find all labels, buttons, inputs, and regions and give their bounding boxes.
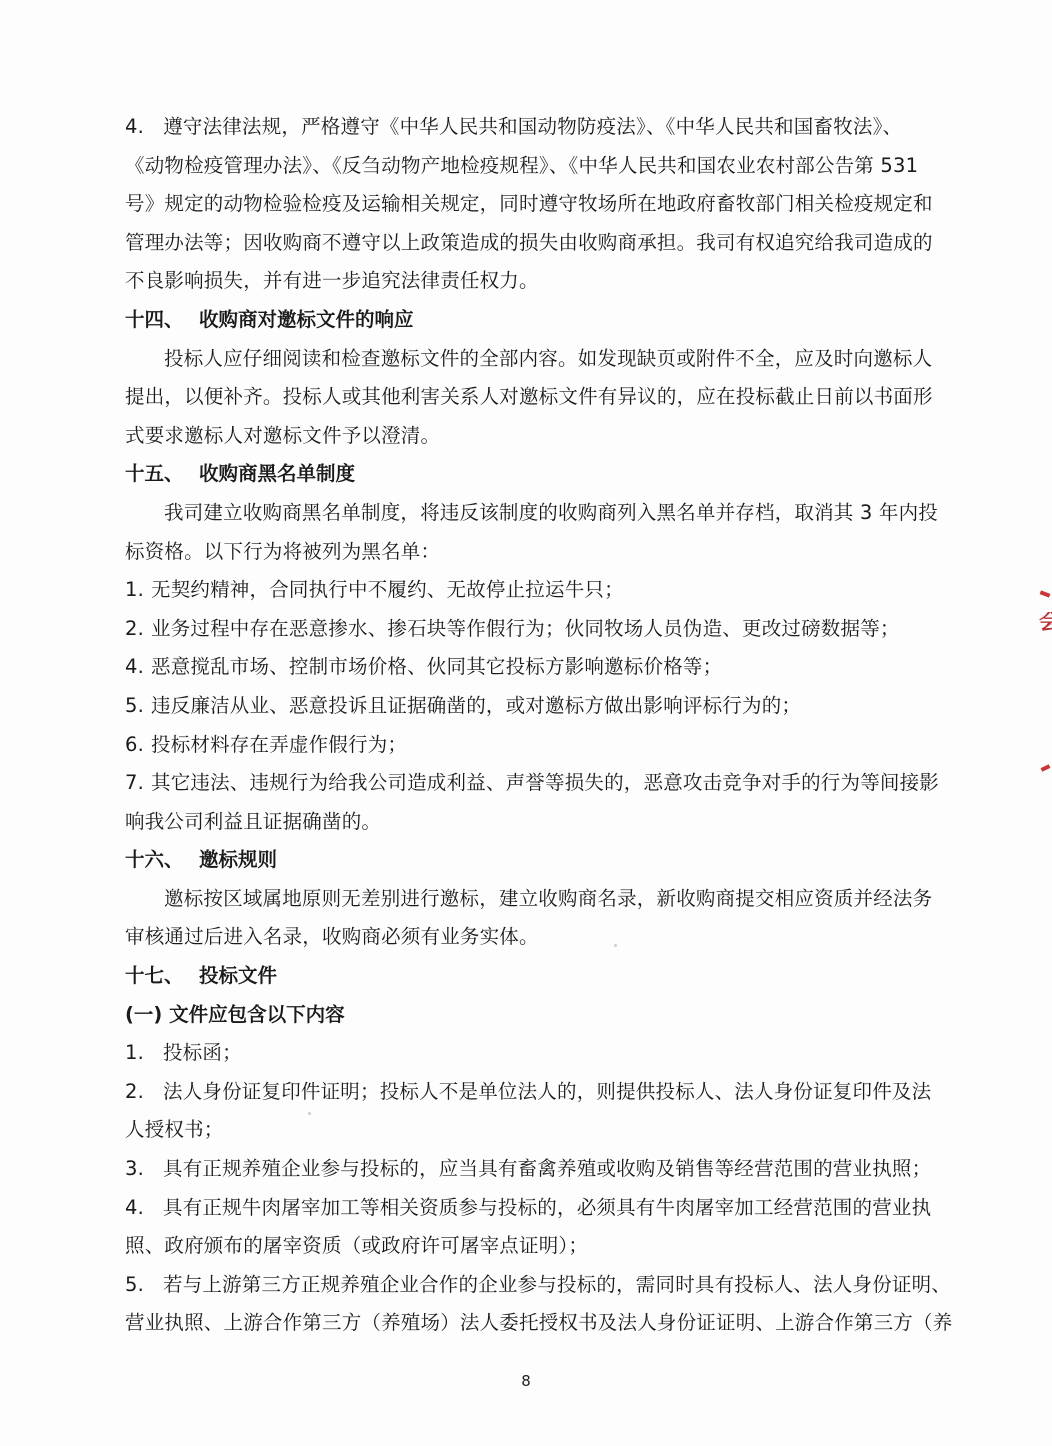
section-heading: 十四、收购商对邀标文件的响应: [125, 301, 921, 340]
section-title: 投标文件: [199, 964, 277, 987]
list-item-number: 4.: [125, 648, 151, 687]
text-line: 式要求邀标人对邀标文件予以澄清。: [125, 417, 921, 456]
section-number: 十四、: [125, 301, 199, 340]
list-item-continuation: 照、政府颁布的屠宰资质（或政府许可屠宰点证明）；: [125, 1227, 921, 1266]
seal-stamp-character: 会: [1039, 612, 1052, 634]
list-item-text: 若与上游第三方正规养殖企业合作的企业参与投标的，需同时具有投标人、法人身份证明、: [163, 1273, 951, 1296]
list-item-number: 5.: [125, 687, 151, 726]
list-item-text: 投标函；: [163, 1041, 242, 1064]
section-14: 十四、收购商对邀标文件的响应 投标人应仔细阅读和检查邀标文件的全部内容。如发现缺…: [125, 301, 921, 455]
text-line: 邀标按区域属地原则无差别进行邀标，建立收购商名录，新收购商提交相应资质并经法务: [125, 880, 921, 919]
seal-stamp-fragment: [1040, 590, 1051, 597]
text-line: 投标人应仔细阅读和检查邀标文件的全部内容。如发现缺页或附件不全，应及时向邀标人: [125, 340, 921, 379]
list-item-text: 法人身份证复印件证明；投标人不是单位法人的，则提供投标人、法人身份证复印件及法: [163, 1080, 931, 1103]
list-item-continuation: 人授权书；: [125, 1111, 921, 1150]
list-item-number: 4.: [125, 1189, 163, 1228]
list-item-number: 2.: [125, 610, 151, 649]
list-item-text: 无契约精神，合同执行中不履约、无故停止拉运牛只；: [151, 578, 624, 601]
section-title: 收购商对邀标文件的响应: [199, 308, 414, 331]
list-item: 5.违反廉洁从业、恶意投诉且证据确凿的，或对邀标方做出影响评标行为的；: [125, 687, 921, 726]
list-item: 7.其它违法、违规行为给我公司造成利益、声誉等损失的，恶意攻击竞争对手的行为等间…: [125, 764, 921, 803]
subsection-heading: (一) 文件应包含以下内容: [125, 996, 921, 1035]
list-item-number: 1.: [125, 1034, 163, 1073]
list-item-continuation: 营业执照、上游合作第三方（养殖场）法人委托授权书及法人身份证证明、上游合作第三方…: [125, 1304, 921, 1343]
list-item-number: 3.: [125, 1150, 163, 1189]
document-page: 4. 遵守法律法规，严格遵守《中华人民共和国动物防疫法》、《中华人民共和国畜牧法…: [0, 0, 1052, 1446]
section-heading: 十五、收购商黑名单制度: [125, 455, 921, 494]
text-line: 标资格。以下行为将被列为黑名单：: [125, 533, 921, 572]
text-line: 《动物检疫管理办法》、《反刍动物产地检疫规程》、《中华人民共和国农业农村部公告第…: [125, 147, 921, 186]
list-item-text: 恶意搅乱市场、控制市场价格、伙同其它投标方影响邀标价格等；: [151, 655, 722, 678]
section-17: 十七、投标文件 (一) 文件应包含以下内容 1.投标函； 2.法人身份证复印件证…: [125, 957, 921, 1343]
list-item: 4.恶意搅乱市场、控制市场价格、伙同其它投标方影响邀标价格等；: [125, 648, 921, 687]
list-item-text: 业务过程中存在恶意掺水、掺石块等作假行为；伙同牧场人员伪造、更改过磅数据等；: [151, 617, 900, 640]
scan-speck: [614, 944, 617, 947]
list-item: 5.若与上游第三方正规养殖企业合作的企业参与投标的，需同时具有投标人、法人身份证…: [125, 1266, 921, 1305]
list-item-text: 其它违法、违规行为给我公司造成利益、声誉等损失的，恶意攻击竞争对手的行为等间接影: [151, 771, 939, 794]
list-item-number: 2.: [125, 1073, 163, 1112]
list-item-text: 投标材料存在弄虚作假行为；: [151, 733, 407, 756]
list-item-number: 5.: [125, 1266, 163, 1305]
section-title: 收购商黑名单制度: [199, 462, 355, 485]
list-item: 4.具有正规牛肉屠宰加工等相关资质参与投标的，必须具有牛肉屠宰加工经营范围的营业…: [125, 1189, 921, 1228]
text-line: 管理办法等；因收购商不遵守以上政策造成的损失由收购商承担。我司有权追究给我司造成…: [125, 224, 921, 263]
text-line: 提出，以便补齐。投标人或其他利害关系人对邀标文件有异议的，应在投标截止日前以书面…: [125, 378, 921, 417]
text-line: 审核通过后进入名录，收购商必须有业务实体。: [125, 918, 921, 957]
list-item-number: 6.: [125, 726, 151, 765]
list-item: 2.法人身份证复印件证明；投标人不是单位法人的，则提供投标人、法人身份证复印件及…: [125, 1073, 921, 1112]
item-4-law-compliance: 4. 遵守法律法规，严格遵守《中华人民共和国动物防疫法》、《中华人民共和国畜牧法…: [125, 108, 921, 301]
text-line: 不良影响损失，并有进一步追究法律责任权力。: [125, 262, 921, 301]
text-line: 号》规定的动物检验检疫及运输相关规定，同时遵守牧场所在地政府畜牧部门相关检疫规定…: [125, 185, 921, 224]
scan-speck: [308, 1112, 311, 1115]
section-16: 十六、邀标规则 邀标按区域属地原则无差别进行邀标，建立收购商名录，新收购商提交相…: [125, 841, 921, 957]
text-line: 我司建立收购商黑名单制度，将违反该制度的收购商列入黑名单并存档，取消其 3 年内…: [125, 494, 921, 533]
list-item: 6.投标材料存在弄虚作假行为；: [125, 726, 921, 765]
list-item-number: 1.: [125, 571, 151, 610]
section-number: 十七、: [125, 957, 199, 996]
list-item-text: 具有正规养殖企业参与投标的，应当具有畜禽养殖或收购及销售等经营范围的营业执照；: [163, 1157, 931, 1180]
text-line: 4. 遵守法律法规，严格遵守《中华人民共和国动物防疫法》、《中华人民共和国畜牧法…: [125, 108, 921, 147]
section-title: 邀标规则: [199, 848, 277, 871]
section-heading: 十七、投标文件: [125, 957, 921, 996]
section-heading: 十六、邀标规则: [125, 841, 921, 880]
list-item: 3.具有正规养殖企业参与投标的，应当具有畜禽养殖或收购及销售等经营范围的营业执照…: [125, 1150, 921, 1189]
section-number: 十五、: [125, 455, 199, 494]
list-item-continuation: 响我公司利益且证据确凿的。: [125, 803, 921, 842]
page-number: 8: [0, 1372, 1052, 1390]
list-item-text: 违反廉洁从业、恶意投诉且证据确凿的，或对邀标方做出影响评标行为的；: [151, 694, 801, 717]
section-15: 十五、收购商黑名单制度 我司建立收购商黑名单制度，将违反该制度的收购商列入黑名单…: [125, 455, 921, 841]
seal-stamp-fragment: [1041, 764, 1051, 771]
list-item: 1.投标函；: [125, 1034, 921, 1073]
list-item: 2.业务过程中存在恶意掺水、掺石块等作假行为；伙同牧场人员伪造、更改过磅数据等；: [125, 610, 921, 649]
section-number: 十六、: [125, 841, 199, 880]
list-item-text: 具有正规牛肉屠宰加工等相关资质参与投标的，必须具有牛肉屠宰加工经营范围的营业执: [163, 1196, 931, 1219]
page-content: 4. 遵守法律法规，严格遵守《中华人民共和国动物防疫法》、《中华人民共和国畜牧法…: [125, 108, 921, 1343]
list-item-number: 7.: [125, 764, 151, 803]
list-item: 1.无契约精神，合同执行中不履约、无故停止拉运牛只；: [125, 571, 921, 610]
